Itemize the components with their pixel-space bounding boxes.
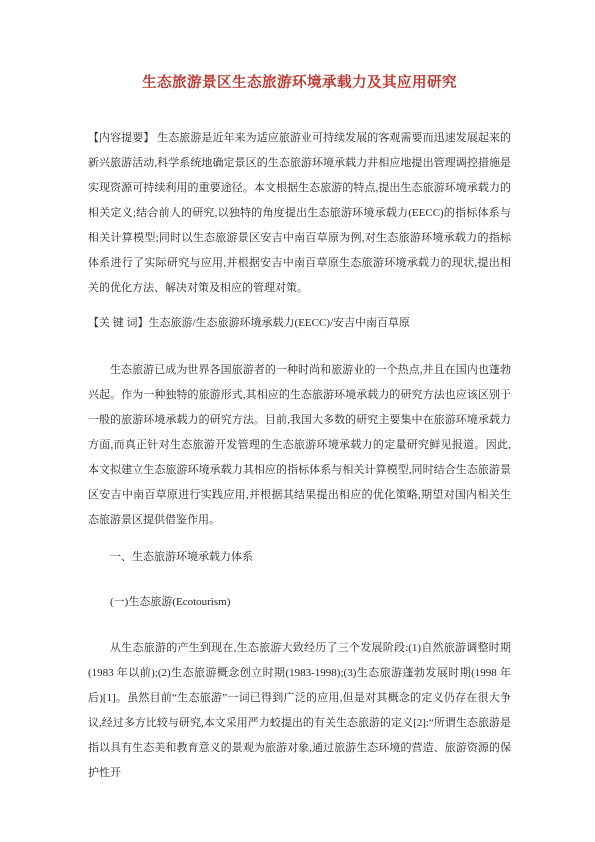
abstract-paragraph: 【内容提要】 生态旅游是近年来为适应旅游业可持续发展的客观需要而迅速发展起来的新… — [88, 126, 511, 301]
keywords-label: 【关 键 词】 — [88, 317, 149, 329]
keywords-line: 【关 键 词】生态旅游/生态旅游环境承载力(EECC)/安吉中南百草原 — [88, 311, 511, 336]
section-paragraph: 从生态旅游的产生到现在,生态旅游大致经历了三个发展阶段:(1)自然旅游调整时期(… — [88, 636, 511, 786]
page-title: 生态旅游景区生态旅游环境承载力及其应用研究 — [88, 72, 511, 95]
keywords-text: 生态旅游/生态旅游环境承载力(EECC)/安吉中南百草原 — [149, 317, 411, 329]
intro-paragraph: 生态旅游已成为世界各国旅游者的一种时尚和旅游业的一个热点,并且在国内也蓬勃兴起。… — [88, 358, 511, 533]
section-heading: 一、生态旅游环境承载力体系 — [88, 545, 511, 570]
abstract-label: 【内容提要】 — [88, 132, 154, 144]
section-subheading: (一)生态旅游(Ecotourism) — [88, 590, 511, 615]
document-page: 生态旅游景区生态旅游环境承载力及其应用研究 【内容提要】 生态旅游是近年来为适应… — [0, 0, 595, 842]
abstract-text: 生态旅游是近年来为适应旅游业可持续发展的客观需要而迅速发展起来的新兴旅游活动,科… — [88, 132, 511, 294]
